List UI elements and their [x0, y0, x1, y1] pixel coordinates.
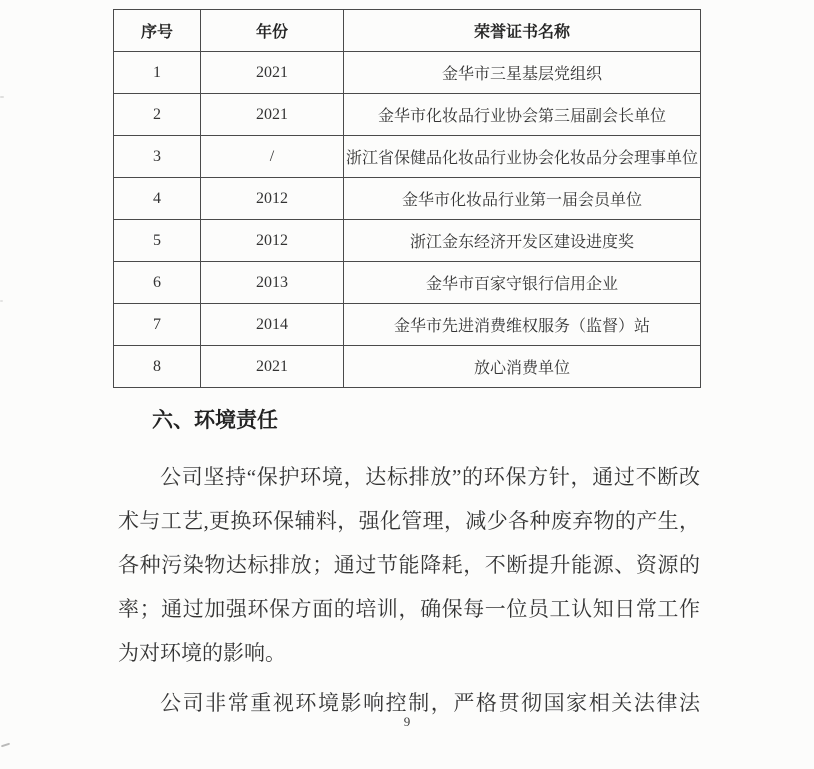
table-row: 6 2013 金华市百家守银行信用企业 [114, 262, 701, 304]
table-row: 4 2012 金华市化妆品行业第一届会员单位 [114, 178, 701, 220]
page-number: 9 [0, 714, 814, 730]
text-line: 术与工艺,更换环保辅料，强化管理，减少各种废弃物的产生，保证 [118, 499, 700, 543]
cell-name: 放心消费单位 [344, 346, 701, 388]
text-line: 公司坚持“保护环境，达标排放”的环保方针，通过不断改进技 [118, 455, 700, 499]
cell-name: 金华市化妆品行业协会第三届副会长单位 [344, 94, 701, 136]
header-cell-year: 年份 [201, 10, 344, 52]
scan-artifact-mark [0, 300, 3, 302]
scan-artifact-mark [1, 743, 10, 748]
paragraph-environment-policy: 公司坚持“保护环境，达标排放”的环保方针，通过不断改进技 术与工艺,更换环保辅料… [118, 455, 700, 675]
cell-year: 2021 [201, 346, 344, 388]
table-row: 8 2021 放心消费单位 [114, 346, 701, 388]
table-row: 7 2014 金华市先进消费维权服务（监督）站 [114, 304, 701, 346]
cell-no: 1 [114, 52, 201, 94]
cell-year: 2014 [201, 304, 344, 346]
table-header-row: 序号 年份 荣誉证书名称 [114, 10, 701, 52]
cell-year: 2012 [201, 220, 344, 262]
honors-table: 序号 年份 荣誉证书名称 1 2021 金华市三星基层党组织 2 2021 金华… [113, 9, 701, 388]
cell-name: 浙江省保健品化妆品行业协会化妆品分会理事单位 [344, 136, 701, 178]
cell-name: 金华市化妆品行业第一届会员单位 [344, 178, 701, 220]
cell-no: 7 [114, 304, 201, 346]
header-cell-name: 荣誉证书名称 [344, 10, 701, 52]
table-row: 1 2021 金华市三星基层党组织 [114, 52, 701, 94]
cell-year: 2012 [201, 178, 344, 220]
header-cell-no: 序号 [114, 10, 201, 52]
cell-name: 浙江金东经济开发区建设进度奖 [344, 220, 701, 262]
cell-no: 2 [114, 94, 201, 136]
text-line: 各种污染物达标排放；通过节能降耗，不断提升能源、资源的使用效 [118, 543, 700, 587]
cell-no: 8 [114, 346, 201, 388]
table-row: 2 2021 金华市化妆品行业协会第三届副会长单位 [114, 94, 701, 136]
document-page: 序号 年份 荣誉证书名称 1 2021 金华市三星基层党组织 2 2021 金华… [0, 0, 814, 769]
cell-no: 4 [114, 178, 201, 220]
cell-year: / [201, 136, 344, 178]
scan-artifact-mark [0, 96, 4, 98]
cell-year: 2021 [201, 94, 344, 136]
cell-year: 2021 [201, 52, 344, 94]
body-text: 公司坚持“保护环境，达标排放”的环保方针，通过不断改进技 术与工艺,更换环保辅料… [118, 455, 700, 725]
table-row: 5 2012 浙江金东经济开发区建设进度奖 [114, 220, 701, 262]
cell-no: 3 [114, 136, 201, 178]
table-row: 3 / 浙江省保健品化妆品行业协会化妆品分会理事单位 [114, 136, 701, 178]
cell-name: 金华市百家守银行信用企业 [344, 262, 701, 304]
section-heading: 六、环境责任 [152, 406, 278, 435]
cell-no: 5 [114, 220, 201, 262]
text-line: 为对环境的影响。 [118, 631, 700, 675]
cell-name: 金华市先进消费维权服务（监督）站 [344, 304, 701, 346]
cell-year: 2013 [201, 262, 344, 304]
cell-name: 金华市三星基层党组织 [344, 52, 701, 94]
cell-no: 6 [114, 262, 201, 304]
text-line: 率；通过加强环保方面的培训，确保每一位员工认知日常工作生活行 [118, 587, 700, 631]
